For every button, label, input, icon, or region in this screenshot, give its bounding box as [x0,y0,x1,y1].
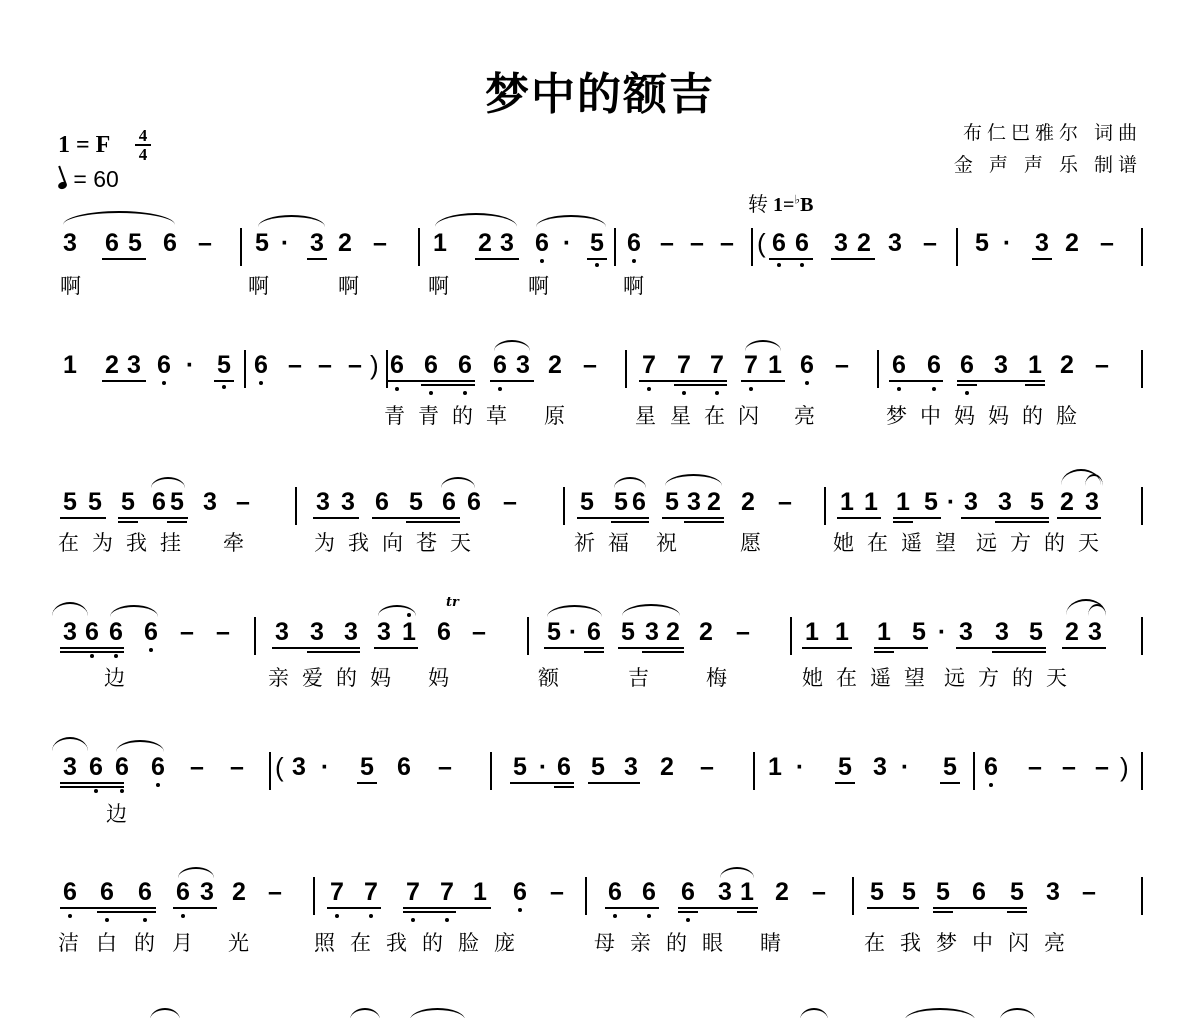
lyric-syllable: 向 [382,527,403,557]
beam-underline [961,517,1049,519]
lyric-syllable: 吉 [628,662,649,692]
note: 3 [1086,617,1104,647]
octave-down-dot [143,918,147,922]
augmentation-dot: · [896,752,914,782]
note: 3 [61,617,79,647]
lyric-syllable: 在 [350,927,371,957]
open-paren: ( [757,228,766,258]
note: 5 [588,228,606,258]
beam-underline [307,651,360,653]
dash-extension: – [266,877,284,907]
lyric-syllable: 她 [802,662,823,692]
slur-arc [745,340,781,351]
lyric-syllable: 的 [1044,527,1065,557]
lyric-syllable: 遥 [901,527,922,557]
note: 7 [328,877,346,907]
octave-down-dot [989,783,993,787]
lyric-syllable: 梦 [886,400,907,430]
lyric-syllable: 啊 [60,270,81,300]
note: 7 [675,350,693,380]
lyric-syllable: 脸 [1056,400,1077,430]
beam-underline [933,911,953,913]
lyric-syllable: 原 [544,400,565,430]
lyric-syllable: 妈 [954,400,975,430]
barline [244,350,246,388]
tempo-marking: = 60 [58,166,119,193]
beam-underline [1057,517,1101,519]
lyric-syllable: 梦 [936,927,957,957]
slur-arc [622,604,680,616]
slur-arc [536,215,606,227]
note: 2 [336,228,354,258]
beam-underline [421,384,475,386]
note: 5 [215,350,233,380]
dash-extension: – [371,228,389,258]
lyric-syllable: 照 [314,927,335,957]
dash-extension: – [1098,228,1116,258]
lyric-syllable: 的 [666,927,687,957]
augmentation-dot: · [998,228,1016,258]
barline [790,617,792,655]
note: 5 [619,617,637,647]
note: 2 [103,350,121,380]
slur-arc [1088,604,1106,616]
note: 5 [941,752,959,782]
lyric-syllable: 她 [833,527,854,557]
beam-underline [992,651,1046,653]
lyric-syllable: 方 [1010,527,1031,557]
lyric-syllable: 啊 [428,270,449,300]
lyric-syllable: 的 [422,927,443,957]
note: 6 [491,350,509,380]
note: 5 [407,487,425,517]
open-paren: ( [275,752,284,782]
note: 5 [578,487,596,517]
lyric-syllable: 月 [172,927,193,957]
note: 5 [973,228,991,258]
note: 1 [738,877,756,907]
note: 3 [685,487,703,517]
beam-underline [737,911,757,913]
octave-down-dot [965,391,969,395]
lyric-syllable: 中 [972,927,993,957]
octave-down-dot [105,918,109,922]
note: 1 [61,350,79,380]
note: 6 [98,877,116,907]
note: 3 [957,617,975,647]
note: 6 [679,877,697,907]
lyric-syllable: 在 [58,527,79,557]
octave-down-dot [395,387,399,391]
beam-underline [831,258,875,260]
note: 5 [358,752,376,782]
lyric-syllable: 光 [228,927,249,957]
barline [753,752,755,790]
note: 6 [970,877,988,907]
slur-arc [905,1008,975,1018]
lyric-syllable: 啊 [623,270,644,300]
note: 5 [61,487,79,517]
notation-row: 1236·56–––666632–777716–666312–) [58,350,1148,390]
slur-arc [110,605,158,617]
note: 1 [766,752,784,782]
beam-underline [893,517,941,519]
slur-arc [435,213,517,227]
lyric-line: 在为我挂牵为我向苍天祈福祝愿她在遥望远方的天 [58,527,1158,555]
octave-down-dot [156,783,160,787]
note: 6 [395,752,413,782]
octave-down-dot [162,381,166,385]
note: 2 [697,617,715,647]
note: 3 [992,350,1010,380]
beam-underline [769,258,813,260]
beam-underline [214,380,234,382]
dash-extension: – [1080,877,1098,907]
beam-underline [173,907,217,909]
time-signature-top: 4 [139,126,148,145]
slur-arc [258,215,325,227]
slur-arc [63,211,175,225]
lyric-syllable: 洁 [58,927,79,957]
key-change-prefix: 转 [748,192,768,216]
note: 6 [958,350,976,380]
note: 2 [1063,228,1081,258]
slur-arc [350,1008,380,1018]
slur-arc [52,737,88,751]
note: 2 [1063,617,1081,647]
lyric-syllable: 青 [418,400,439,430]
note: 6 [440,487,458,517]
note: 3 [832,228,850,258]
note: 3 [375,617,393,647]
note: 5 [253,228,271,258]
beam-underline [874,647,928,649]
time-signature: 4 4 [135,128,151,162]
barline [1141,228,1143,266]
dash-extension: – [833,350,851,380]
beam-underline [60,651,124,653]
beam-underline [835,782,855,784]
key-change-marking: 转 1=♭B [748,188,813,217]
note: 2 [739,487,757,517]
dash-extension: – [470,617,488,647]
beam-underline [372,517,460,519]
beam-underline [374,647,418,649]
beam-underline [60,647,124,649]
dash-extension: – [581,350,599,380]
octave-down-dot [518,908,522,912]
beam-underline [60,786,124,788]
octave-down-dot [411,918,415,922]
lyric-syllable: 边 [106,798,127,828]
note: 1 [838,487,856,517]
lyric-syllable: 的 [134,927,155,957]
lyric-syllable: 在 [867,527,888,557]
lyric-syllable: 天 [450,527,471,557]
note: 5 [934,877,952,907]
note: 6 [142,617,160,647]
lyric-syllable: 啊 [248,270,269,300]
note: 3 [643,617,661,647]
slur-arc [665,474,722,486]
barline [1141,350,1143,388]
beam-underline [327,907,381,909]
dash-extension: – [196,228,214,258]
augmentation-dot: · [276,228,294,258]
note: 3 [498,228,516,258]
note: 6 [155,350,173,380]
augmentation-dot: · [564,617,582,647]
note: 3 [314,487,332,517]
lyric-syllable: 梅 [706,662,727,692]
lyric-syllable: 亲 [630,927,651,957]
note: 2 [855,228,873,258]
dash-extension: – [658,228,676,258]
lyric-syllable: 青 [384,400,405,430]
beam-underline [1025,384,1045,386]
note: 7 [404,877,422,907]
note: 6 [625,228,643,258]
lyric-syllable: 妈 [428,662,449,692]
notation-row: 555653–336566–5565322–1115·33523 [58,487,1148,527]
slur-arc [116,740,164,752]
lyric-syllable: 我 [348,527,369,557]
augmentation-dot: · [316,752,334,782]
octave-down-dot [445,918,449,922]
barline [973,752,975,790]
octave-down-dot [149,648,153,652]
lyricist-composer: 布仁巴雅尔 词曲 [963,118,1142,145]
dash-extension: – [501,487,519,517]
note: 5 [86,487,104,517]
beam-underline [544,647,604,649]
augmentation-dot: · [181,350,199,380]
dash-extension: – [548,877,566,907]
barline [563,487,565,525]
octave-down-dot [682,391,686,395]
lyric-syllable: 方 [978,662,999,692]
note: 1 [833,617,851,647]
beam-underline [893,521,913,523]
beam-underline [102,258,146,260]
beam-underline [307,258,327,260]
note: 6 [793,228,811,258]
lyric-syllable: 天 [1046,662,1067,692]
note: 6 [150,487,168,517]
note: 3 [61,752,79,782]
dash-extension: – [1026,752,1044,782]
tempo-value: = 60 [73,166,118,192]
octave-down-dot [222,385,226,389]
note: 6 [925,350,943,380]
beam-underline [933,907,1027,909]
octave-down-dot [897,387,901,391]
beam-underline [475,258,519,260]
notation-row: 666632–777716–666312–555653– [58,877,1148,917]
octave-down-dot [686,918,690,922]
octave-down-dot [647,914,651,918]
note: 5 [511,752,529,782]
note: 6 [890,350,908,380]
slur-arc [494,340,530,351]
note: 5 [168,487,186,517]
beam-underline [611,521,649,523]
note: 6 [61,877,79,907]
octave-down-dot [114,654,118,658]
note: 6 [465,487,483,517]
beam-underline [272,647,360,649]
barline [240,228,242,266]
note: 3 [290,752,308,782]
lyric-syllable: 草 [486,400,507,430]
barline [751,228,753,266]
note: 6 [113,752,131,782]
note: 3 [201,487,219,517]
note: 6 [103,228,121,258]
barline [824,487,826,525]
lyric-syllable: 我 [900,927,921,957]
augmentation-dot: · [534,752,552,782]
lyric-syllable: 在 [704,400,725,430]
beam-underline [167,521,187,523]
slur-arc [441,477,475,488]
note: 3 [1033,228,1051,258]
beam-underline [618,647,684,649]
lyric-syllable: 为 [314,527,335,557]
beam-underline [957,384,977,386]
barline [527,617,529,655]
octave-down-dot [463,391,467,395]
note: 6 [770,228,788,258]
octave-down-dot [805,381,809,385]
time-signature-bottom: 4 [139,145,148,164]
note: 3 [514,350,532,380]
note: 6 [422,350,440,380]
dash-extension: – [234,487,252,517]
lyric-line: 洁白的月光照在我的脸庞母亲的眼睛在我梦中闪亮 [58,927,1158,955]
note: 3 [996,487,1014,517]
note: 3 [339,487,357,517]
slur-arc [378,605,416,616]
note: 5 [612,487,630,517]
beam-underline [674,384,727,386]
note: 5 [1008,877,1026,907]
note: 3 [993,617,1011,647]
note: 3 [342,617,360,647]
lyric-syllable: 妈 [370,662,391,692]
note: 6 [511,877,529,907]
note: 5 [545,617,563,647]
lyric-syllable: 天 [1078,527,1099,557]
beam-underline [956,647,1046,649]
note: 3 [716,877,734,907]
key-change-value: 1= [773,194,794,216]
barline [1141,617,1143,655]
octave-down-dot [120,789,124,793]
note: 5 [119,487,137,517]
lyric-syllable: 星 [670,400,691,430]
beam-underline [490,380,534,382]
note: 1 [471,877,489,907]
beam-underline [639,380,727,382]
beam-underline [102,380,146,382]
slur-arc [52,602,88,616]
beam-underline [802,647,852,649]
beam-underline [510,782,574,784]
note: 6 [136,877,154,907]
key-change-note: B [800,194,813,216]
lyric-syllable: 祝 [656,527,677,557]
dash-extension: – [178,617,196,647]
beam-underline [554,786,574,788]
note: 1 [431,228,449,258]
octave-down-dot [259,381,263,385]
dash-extension: – [810,877,828,907]
beam-underline [387,380,475,382]
lyric-syllable: 啊 [338,270,359,300]
octave-down-dot [540,259,544,263]
dash-extension: – [214,617,232,647]
note: 1 [862,487,880,517]
lyric-syllable: 额 [538,662,559,692]
beam-underline [357,782,377,784]
note: 3 [1044,877,1062,907]
note: 5 [663,487,681,517]
note: 2 [546,350,564,380]
beam-underline [118,517,188,519]
dash-extension: – [228,752,246,782]
beam-underline [684,521,724,523]
note: 6 [798,350,816,380]
octave-down-dot [429,391,433,395]
octave-down-dot [632,259,636,263]
note: 7 [742,350,760,380]
lyric-syllable: 中 [920,400,941,430]
lyric-syllable: 脸 [458,927,479,957]
slur-arc [1085,474,1103,486]
barline [269,752,271,790]
beam-underline [642,651,684,653]
barline [1141,877,1143,915]
barline [313,877,315,915]
note: 6 [555,752,573,782]
lyric-line: 边 [58,798,1158,826]
beam-underline [678,911,698,913]
note: 3 [273,617,291,647]
lyric-syllable: 苍 [416,527,437,557]
lyric-syllable: 睛 [760,927,781,957]
lyric-syllable: 眼 [702,927,723,957]
lyric-syllable: 牵 [223,527,244,557]
lyric-syllable: 在 [836,662,857,692]
lyric-syllable: 亮 [794,400,815,430]
note: 2 [230,877,248,907]
note: 2 [664,617,682,647]
slur-arc [178,867,214,878]
lyric-syllable: 为 [92,527,113,557]
note: 3 [871,752,889,782]
note: 6 [373,487,391,517]
lyric-syllable: 亮 [1044,927,1065,957]
octave-down-dot [932,387,936,391]
note: 3 [962,487,980,517]
beam-underline [678,907,758,909]
barline [852,877,854,915]
note: 5 [868,877,886,907]
lyric-syllable: 愿 [740,527,761,557]
dash-extension: – [734,617,752,647]
lyric-syllable: 闪 [1008,927,1029,957]
